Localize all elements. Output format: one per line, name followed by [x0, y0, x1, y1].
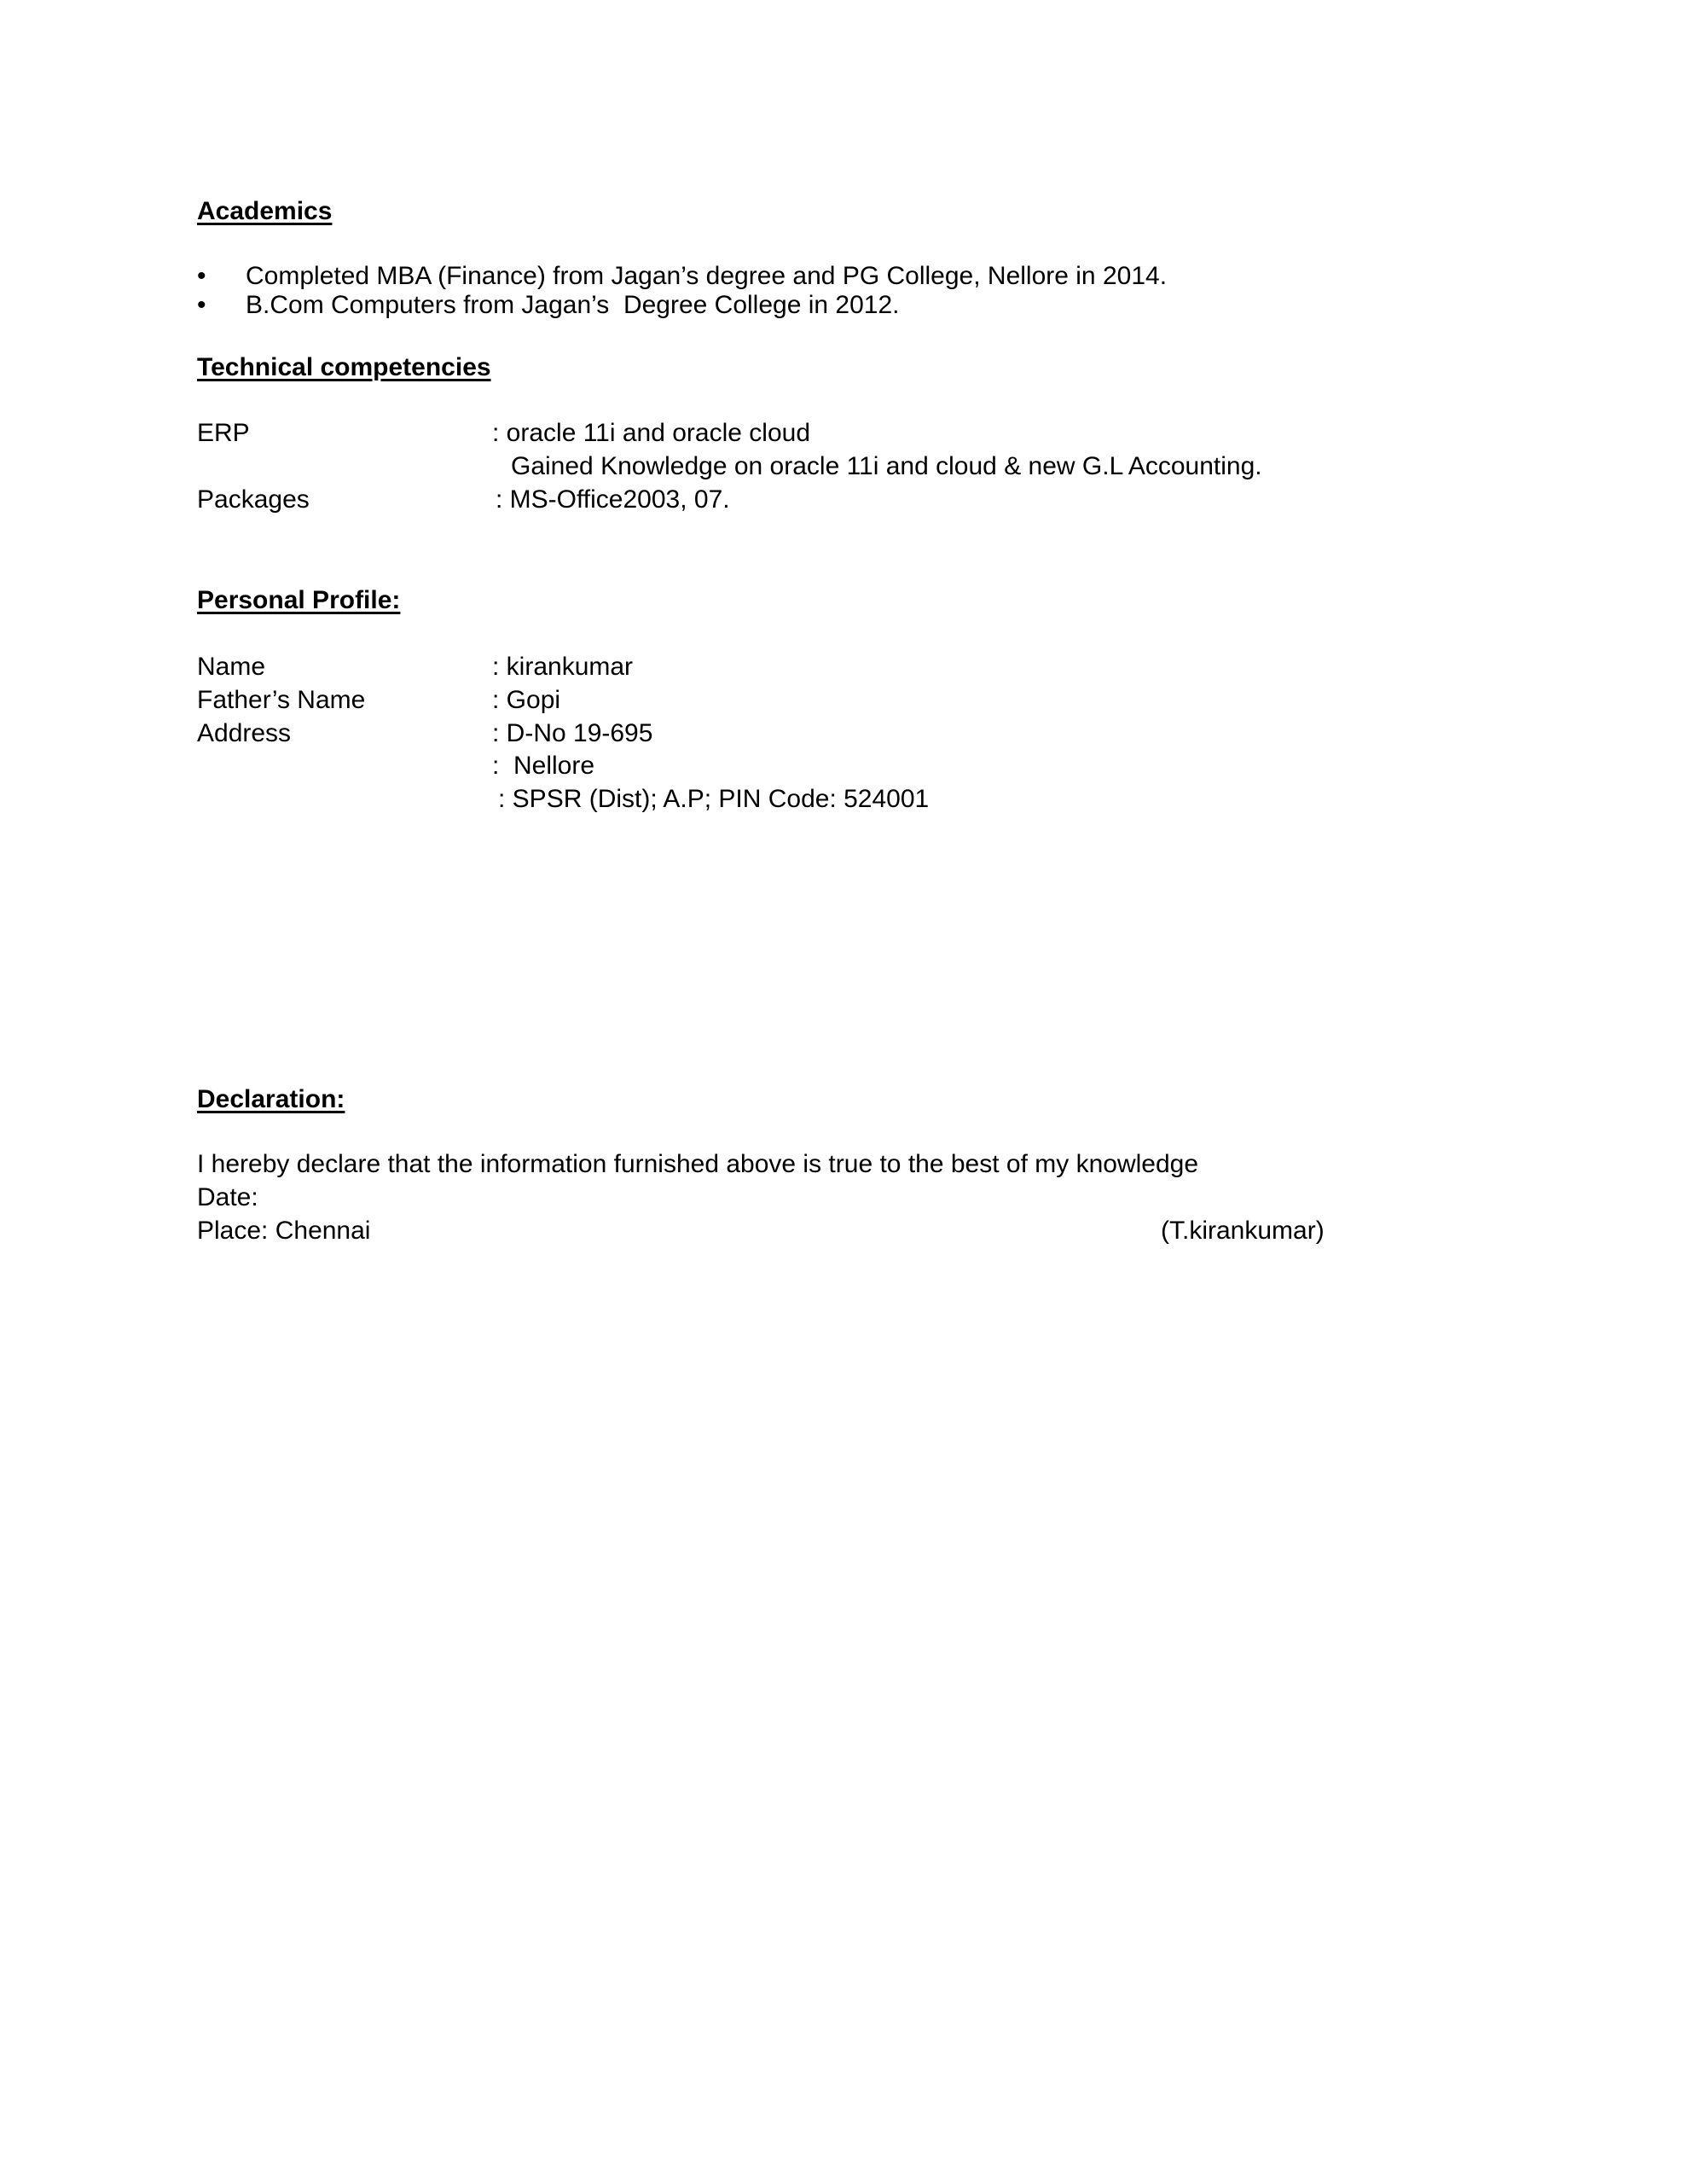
- erp-label: ERP: [197, 418, 250, 449]
- academics-item: Completed MBA (Finance) from Jagan’s deg…: [246, 261, 1167, 292]
- bullet-icon: •: [197, 261, 206, 292]
- erp-value: : oracle 11i and oracle cloud: [492, 418, 810, 449]
- personal-heading: Personal Profile:: [197, 585, 400, 616]
- name-label: Name: [197, 652, 265, 682]
- declaration-heading: Declaration:: [197, 1084, 345, 1115]
- packages-label: Packages: [197, 485, 310, 515]
- signature-name: (T.kirankumar): [1161, 1216, 1325, 1246]
- father-name-value: : Gopi: [492, 685, 560, 716]
- packages-value: : MS-Office2003, 07.: [496, 485, 730, 515]
- address-line-2: : Nellore: [492, 751, 594, 781]
- address-label: Address: [197, 718, 291, 749]
- date-label: Date:: [197, 1182, 258, 1213]
- academics-heading: Academics: [197, 196, 332, 227]
- address-line-3: : SPSR (Dist); A.P; PIN Code: 524001: [498, 784, 929, 815]
- name-value: : kirankumar: [492, 652, 633, 682]
- place-label: Place: Chennai: [197, 1216, 370, 1246]
- declaration-statement: I hereby declare that the information fu…: [197, 1149, 1198, 1180]
- erp-detail: Gained Knowledge on oracle 11i and cloud…: [511, 451, 1262, 482]
- academics-item: B.Com Computers from Jagan’s Degree Coll…: [246, 290, 900, 321]
- address-line-1: : D-No 19-695: [492, 718, 652, 749]
- bullet-icon: •: [197, 290, 206, 321]
- technical-heading: Technical competencies: [197, 352, 491, 383]
- father-name-label: Father’s Name: [197, 685, 365, 716]
